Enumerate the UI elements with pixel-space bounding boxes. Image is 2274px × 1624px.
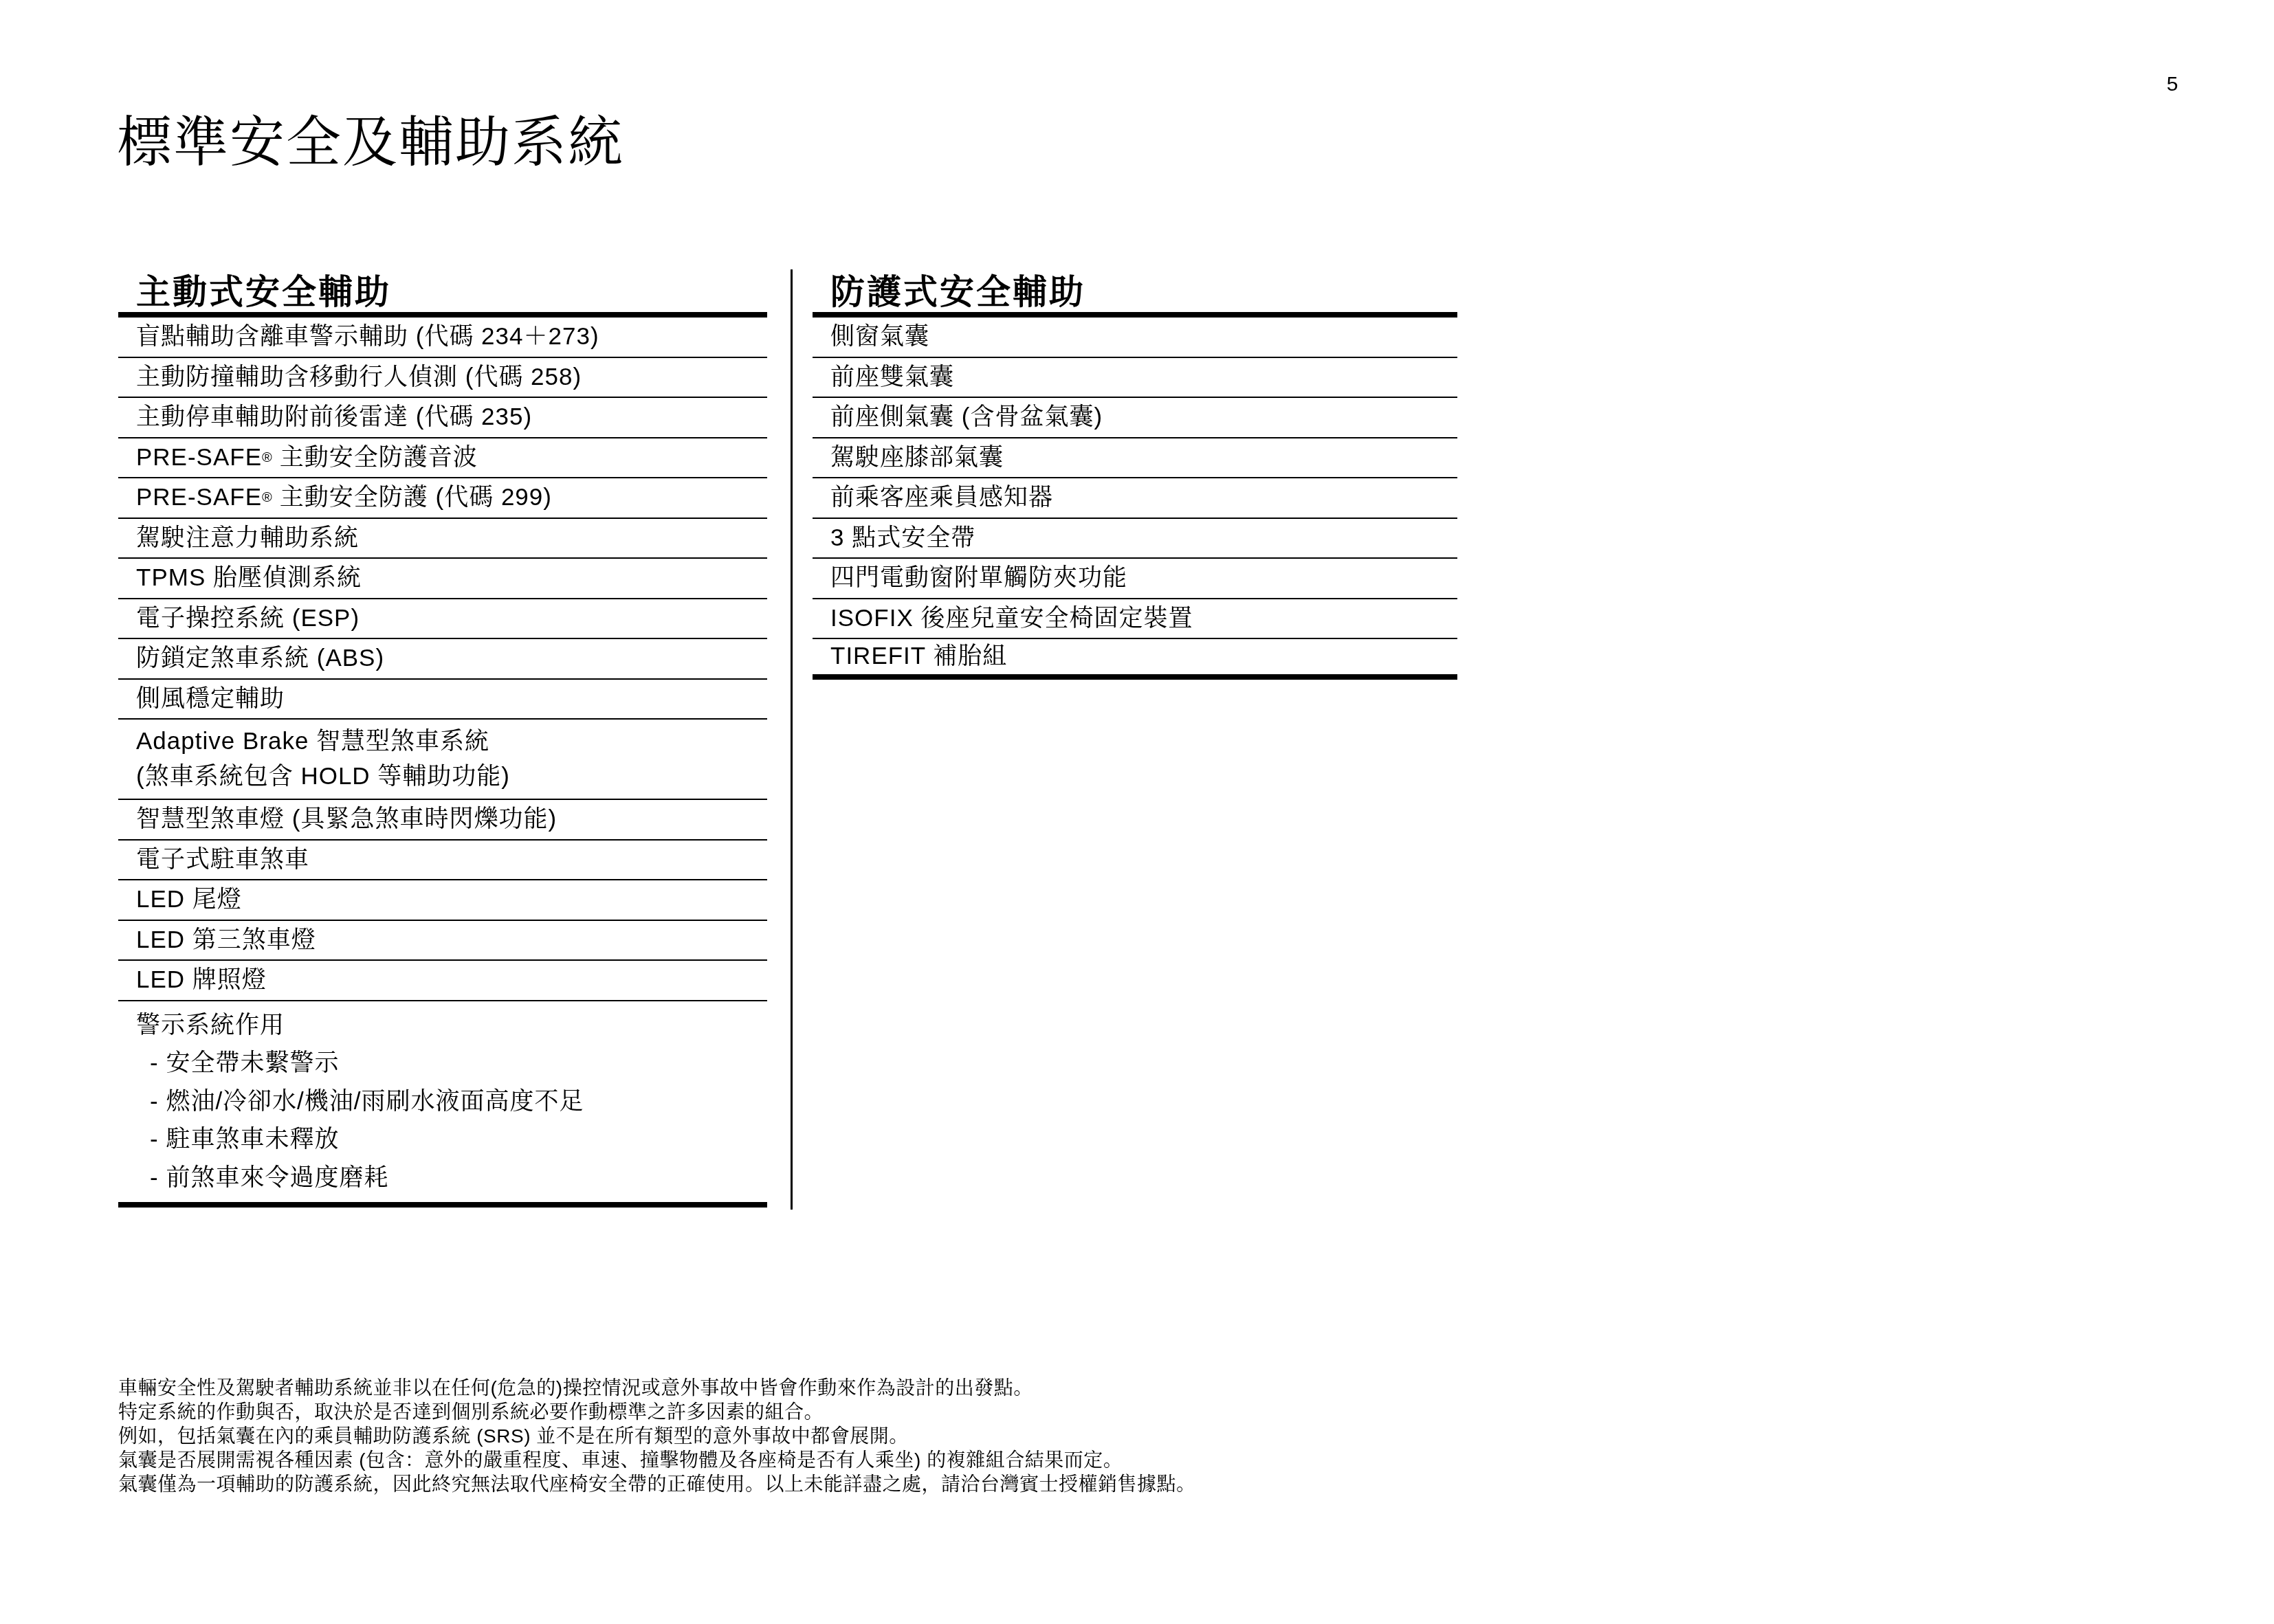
list-item-label: 側風穩定輔助 xyxy=(136,685,285,713)
brand-name: PRE-SAFE xyxy=(136,444,262,471)
list-item: 防鎖定煞車系統 (ABS) xyxy=(118,639,767,680)
list-item: 四門電動窗附單觸防夾功能 xyxy=(813,559,1457,599)
warning-systems-title: 警示系統作用 xyxy=(118,1012,767,1039)
list-item-label: LED 牌照燈 xyxy=(136,966,267,994)
warning-sub-item: - 前煞車來令過度磨耗 xyxy=(118,1164,767,1192)
list-item: 盲點輔助含離車警示輔助 (代碼 234＋273) xyxy=(118,318,767,358)
list-item: TIREFIT 補胎組 xyxy=(813,639,1457,680)
warning-systems-block: 警示系統作用 - 安全帶未繫警示 - 燃油/冷卻水/機油/雨刷水液面高度不足 -… xyxy=(118,1001,767,1208)
list-item-label: TIREFIT 補胎組 xyxy=(830,643,1007,670)
list-item-label: 駕駛注意力輔助系統 xyxy=(136,524,359,552)
list-item: 駕駛座膝部氣囊 xyxy=(813,438,1457,479)
list-item: LED 尾燈 xyxy=(118,880,767,921)
column-divider xyxy=(791,269,793,1210)
list-item-label: LED 尾燈 xyxy=(136,886,242,913)
list-item-label: 前座雙氣囊 xyxy=(830,364,954,391)
warning-sub-item: - 燃油/冷卻水/機油/雨刷水液面高度不足 xyxy=(118,1088,767,1115)
list-item-label: 主動安全防護音波 xyxy=(280,444,478,471)
active-safety-column: 主動式安全輔助 盲點輔助含離車警示輔助 (代碼 234＋273) 主動防撞輔助含… xyxy=(118,269,767,1208)
list-item-label-line2: (煞車系統包含 HOLD 等輔助功能) xyxy=(136,763,510,790)
footnote-line: 氣囊是否展開需視各種因素 (包含：意外的嚴重程度、車速、撞擊物體及各座椅是否有人… xyxy=(118,1448,1196,1472)
list-item-label: 前乘客座乘員感知器 xyxy=(830,484,1053,511)
list-item-label: 電子操控系統 (ESP) xyxy=(136,605,360,632)
list-item: 前座雙氣囊 xyxy=(813,358,1457,399)
list-item: LED 第三煞車燈 xyxy=(118,921,767,961)
list-item: 前座側氣囊 (含骨盆氣囊) xyxy=(813,398,1457,438)
warning-sub-item: - 駐車煞車未釋放 xyxy=(118,1126,767,1153)
list-item-two-line: Adaptive Brake 智慧型煞車系統 (煞車系統包含 HOLD 等輔助功… xyxy=(118,720,767,800)
list-item-label: 電子式駐車煞車 xyxy=(136,846,309,874)
list-item-label-line1: Adaptive Brake 智慧型煞車系統 xyxy=(136,728,489,755)
list-item: 主動停車輔助附前後雷達 (代碼 235) xyxy=(118,398,767,438)
page-title: 標準安全及輔助系統 xyxy=(117,113,624,173)
list-item: ISOFIX 後座兒童安全椅固定裝置 xyxy=(813,599,1457,640)
list-item: PRE-SAFE®主動安全防護音波 xyxy=(118,438,767,479)
list-item-label: 駕駛座膝部氣囊 xyxy=(830,444,1004,471)
list-item-label: 盲點輔助含離車警示輔助 (代碼 234＋273) xyxy=(136,323,599,351)
brand-name: PRE-SAFE xyxy=(136,484,262,511)
list-item: 3 點式安全帶 xyxy=(813,519,1457,559)
list-item-label: ISOFIX 後座兒童安全椅固定裝置 xyxy=(830,605,1193,632)
list-item: TPMS 胎壓偵測系統 xyxy=(118,559,767,599)
list-item-label: 智慧型煞車燈 (具緊急煞車時閃爍功能) xyxy=(136,805,557,833)
footnote-line: 特定系統的作動與否，取決於是否達到個別系統必要作動標準之許多因素的組合。 xyxy=(118,1400,1196,1424)
footnote-line: 氣囊僅為一項輔助的防護系統，因此終究無法取代座椅安全帶的正確使用。以上未能詳盡之… xyxy=(118,1472,1196,1496)
list-item-label: 四門電動窗附單觸防夾功能 xyxy=(830,564,1127,592)
list-item-label: 側窗氣囊 xyxy=(830,323,929,351)
footnotes: 車輛安全性及駕駛者輔助系統並非以在任何(危急的)操控情況或意外事故中皆會作動來作… xyxy=(118,1376,1196,1496)
list-item-label: 主動停車輔助附前後雷達 (代碼 235) xyxy=(136,403,532,431)
list-item: 側風穩定輔助 xyxy=(118,680,767,720)
list-item: 主動防撞輔助含移動行人偵測 (代碼 258) xyxy=(118,358,767,399)
footnote-line: 例如，包括氣囊在內的乘員輔助防護系統 (SRS) 並不是在所有類型的意外事故中都… xyxy=(118,1424,1196,1448)
brochure-page: 5 標準安全及輔助系統 主動式安全輔助 盲點輔助含離車警示輔助 (代碼 234＋… xyxy=(0,0,2274,1624)
list-item-label: LED 第三煞車燈 xyxy=(136,926,316,954)
list-item: 智慧型煞車燈 (具緊急煞車時閃爍功能) xyxy=(118,800,767,841)
list-item-label: 前座側氣囊 (含骨盆氣囊) xyxy=(830,403,1103,431)
page-number: 5 xyxy=(2152,74,2193,95)
list-item: 前乘客座乘員感知器 xyxy=(813,478,1457,519)
list-item: LED 牌照燈 xyxy=(118,961,767,1001)
passive-safety-column: 防護式安全輔助 側窗氣囊 前座雙氣囊 前座側氣囊 (含骨盆氣囊) 駕駛座膝部氣囊… xyxy=(813,269,1457,680)
list-item: 電子操控系統 (ESP) xyxy=(118,599,767,640)
list-item-label: 主動安全防護 (代碼 299) xyxy=(280,484,552,511)
list-item-label: 3 點式安全帶 xyxy=(830,524,975,552)
list-item-label: 主動防撞輔助含移動行人偵測 (代碼 258) xyxy=(136,364,582,391)
footnote-line: 車輛安全性及駕駛者輔助系統並非以在任何(危急的)操控情況或意外事故中皆會作動來作… xyxy=(118,1376,1196,1400)
list-item: PRE-SAFE®主動安全防護 (代碼 299) xyxy=(118,478,767,519)
list-item: 駕駛注意力輔助系統 xyxy=(118,519,767,559)
warning-sub-item: - 安全帶未繫警示 xyxy=(118,1049,767,1077)
list-item-label: 防鎖定煞車系統 (ABS) xyxy=(136,645,384,672)
list-item: 電子式駐車煞車 xyxy=(118,841,767,881)
list-item: 側窗氣囊 xyxy=(813,318,1457,358)
active-safety-header: 主動式安全輔助 xyxy=(118,269,767,318)
passive-safety-header: 防護式安全輔助 xyxy=(813,269,1457,318)
list-item-label: TPMS 胎壓偵測系統 xyxy=(136,564,362,592)
